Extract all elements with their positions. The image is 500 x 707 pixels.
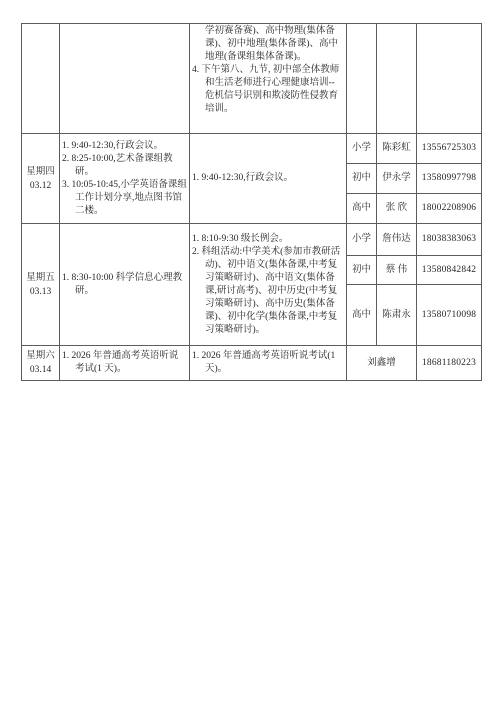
day-label: 星期六 [24, 349, 57, 363]
meeting-item: 4. 下午第八、九节, 初中部全体教师和生活老师进行心理健康培训--危机信号识别… [192, 64, 344, 116]
level-cell: 高中 [347, 194, 377, 224]
level-cell: 高中 [347, 285, 377, 346]
plan-cell: 1. 9:40-12:30,行政会议。 2. 8:25-10:00,艺术备课组教… [60, 134, 190, 224]
meeting-item: 1. 2026 年普通高考英语听说考试(1 天)。 [192, 350, 344, 376]
level-cell [347, 24, 377, 134]
phone-cell: 13580842842 [417, 256, 482, 285]
meeting-cell: 学初赛备赛)、高中物理(集体备课)、初中地理(集体备课)、高中地理(备课组集体备… [190, 24, 347, 134]
meeting-cell: 1. 8:10-9:30 级长例会。 2. 科组活动:中学美术(参加市教研活动)… [190, 224, 347, 346]
date-label: 03.14 [24, 363, 57, 377]
phone-cell: 13556725303 [417, 134, 482, 164]
plan-item: 1. 9:40-12:30,行政会议。 [62, 140, 187, 153]
meeting-item: 1. 9:40-12:30,行政会议。 [192, 172, 344, 185]
teacher-name-cell: 陈彩虹 [377, 134, 417, 164]
meeting-item: 2. 科组活动:中学美术(参加市教研活动)、初中语文(集体备课,中考复习策略研讨… [192, 246, 344, 337]
meeting-cell: 1. 2026 年普通高考英语听说考试(1 天)。 [190, 346, 347, 381]
teacher-name-cell: 刘鑫增 [347, 346, 417, 381]
schedule-row-continuation: 学初赛备赛)、高中物理(集体备课)、初中地理(集体备课)、高中地理(备课组集体备… [22, 24, 482, 134]
teacher-name-cell [377, 24, 417, 134]
teacher-name-cell: 蔡 伟 [377, 256, 417, 285]
meeting-item: 学初赛备赛)、高中物理(集体备课)、初中地理(集体备课)、高中地理(备课组集体备… [192, 25, 344, 64]
plan-item: 1. 8:30-10:00 科学信息心理教研。 [62, 272, 187, 298]
plan-cell: 1. 2026 年普通高考英语听说考试(1 天)。 [60, 346, 190, 381]
plan-cell [60, 24, 190, 134]
day-cell: 星期四 03.12 [22, 134, 60, 224]
teacher-name-cell: 伊永学 [377, 164, 417, 194]
plan-cell: 1. 8:30-10:00 科学信息心理教研。 [60, 224, 190, 346]
schedule-row-saturday: 星期六 03.14 1. 2026 年普通高考英语听说考试(1 天)。 1. 2… [22, 346, 482, 381]
schedule-table: 学初赛备赛)、高中物理(集体备课)、初中地理(集体备课)、高中地理(备课组集体备… [21, 23, 482, 381]
date-label: 03.12 [24, 179, 57, 193]
plan-item: 3. 10:05-10:45,小学英语备课组工作计划分享,地点图书馆二楼。 [62, 179, 187, 218]
phone-cell [417, 24, 482, 134]
document-page: 学初赛备赛)、高中物理(集体备课)、初中地理(集体备课)、高中地理(备课组集体备… [0, 0, 500, 707]
phone-cell: 18038383063 [417, 224, 482, 256]
level-cell: 初中 [347, 256, 377, 285]
phone-cell: 18002208906 [417, 194, 482, 224]
date-label: 03.13 [24, 285, 57, 299]
level-cell: 小学 [347, 134, 377, 164]
schedule-row-friday: 星期五 03.13 1. 8:30-10:00 科学信息心理教研。 1. 8:1… [22, 224, 482, 256]
day-cell [22, 24, 60, 134]
teacher-name-cell: 张 欣 [377, 194, 417, 224]
teacher-name-cell: 詹伟达 [377, 224, 417, 256]
level-cell: 小学 [347, 224, 377, 256]
level-cell: 初中 [347, 164, 377, 194]
day-label: 星期四 [24, 165, 57, 179]
teacher-name-cell: 陈肃永 [377, 285, 417, 346]
schedule-row-thursday: 星期四 03.12 1. 9:40-12:30,行政会议。 2. 8:25-10… [22, 134, 482, 164]
phone-cell: 18681180223 [417, 346, 482, 381]
plan-item: 1. 2026 年普通高考英语听说考试(1 天)。 [62, 350, 187, 376]
meeting-item: 1. 8:10-9:30 级长例会。 [192, 233, 344, 246]
phone-cell: 13580997798 [417, 164, 482, 194]
day-label: 星期五 [24, 271, 57, 285]
meeting-cell: 1. 9:40-12:30,行政会议。 [190, 134, 347, 224]
plan-item: 2. 8:25-10:00,艺术备课组教研。 [62, 153, 187, 179]
day-cell: 星期六 03.14 [22, 346, 60, 381]
day-cell: 星期五 03.13 [22, 224, 60, 346]
phone-cell: 13580710098 [417, 285, 482, 346]
